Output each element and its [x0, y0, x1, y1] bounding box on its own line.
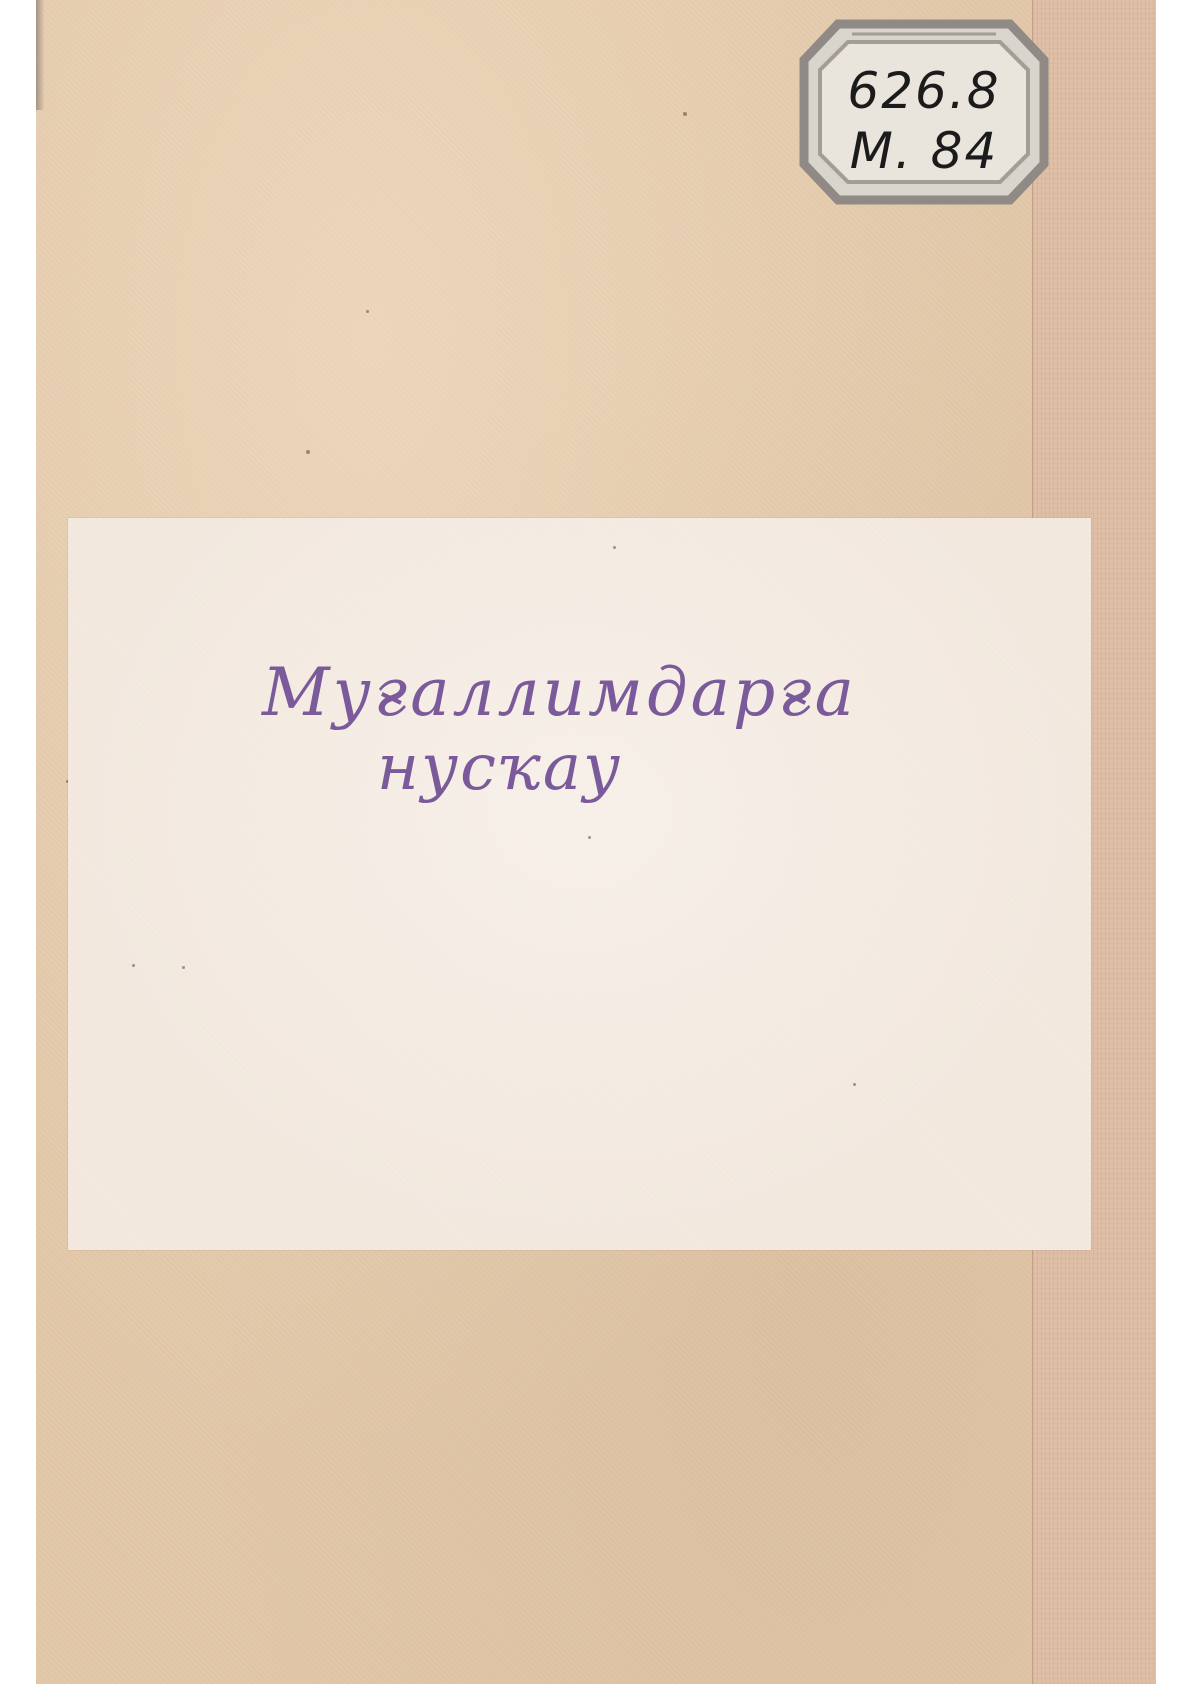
speck [306, 450, 310, 454]
cover-edge-shadow [36, 0, 44, 110]
speck [366, 310, 369, 313]
library-shelf-label: 626.8 M. 84 [796, 16, 1052, 208]
speck [182, 966, 185, 969]
shelf-classification-number: 626.8 [796, 66, 1052, 116]
handwritten-title-line1: Муғаллимдарға [48, 660, 1071, 726]
speck [683, 112, 687, 116]
speck [853, 1083, 856, 1086]
shelf-author-mark: M. 84 [796, 126, 1052, 176]
speck [613, 546, 616, 549]
title-paper-label: Муғаллимдарға нусҡау [68, 518, 1091, 1250]
speck [588, 836, 591, 839]
speck [132, 964, 135, 967]
handwritten-title-line2: нусҡау [0, 736, 1011, 800]
